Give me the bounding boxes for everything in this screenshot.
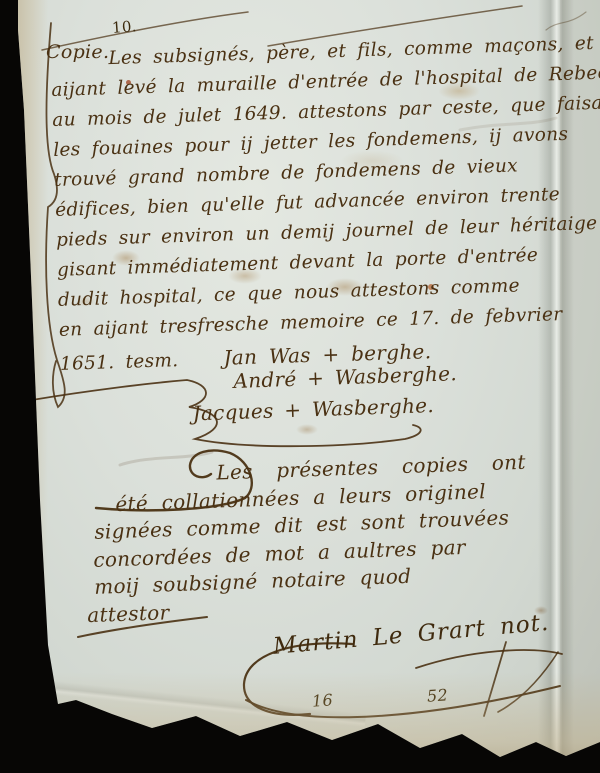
bottom-crease — [27, 678, 367, 727]
attest-date: 1651. tesm. — [60, 350, 179, 375]
signature-paraph-cross-2 — [498, 652, 558, 712]
signature-paraph-tail — [246, 686, 560, 717]
paraph-number-left: 16 — [311, 690, 333, 710]
paraph-number-right: 52 — [426, 685, 448, 705]
main-attestation-text: Les subsignés, père, et fils, comme maço… — [50, 30, 578, 380]
page-number: 10. — [111, 17, 137, 37]
witness-signatures: André + Wasberghe. Jacques + Wasberghe. — [233, 358, 459, 428]
photo-of-manuscript: { "photo": { "background_color": "#07060… — [0, 0, 600, 773]
top-corner-mark — [546, 12, 586, 30]
notary-collation-text: Les présentes copies ont été collationné… — [88, 449, 531, 629]
manuscript-paper: 10. Copie. Les subsignés, père, et fils,… — [0, 0, 600, 773]
signature-paraph-cross-1 — [416, 650, 562, 668]
